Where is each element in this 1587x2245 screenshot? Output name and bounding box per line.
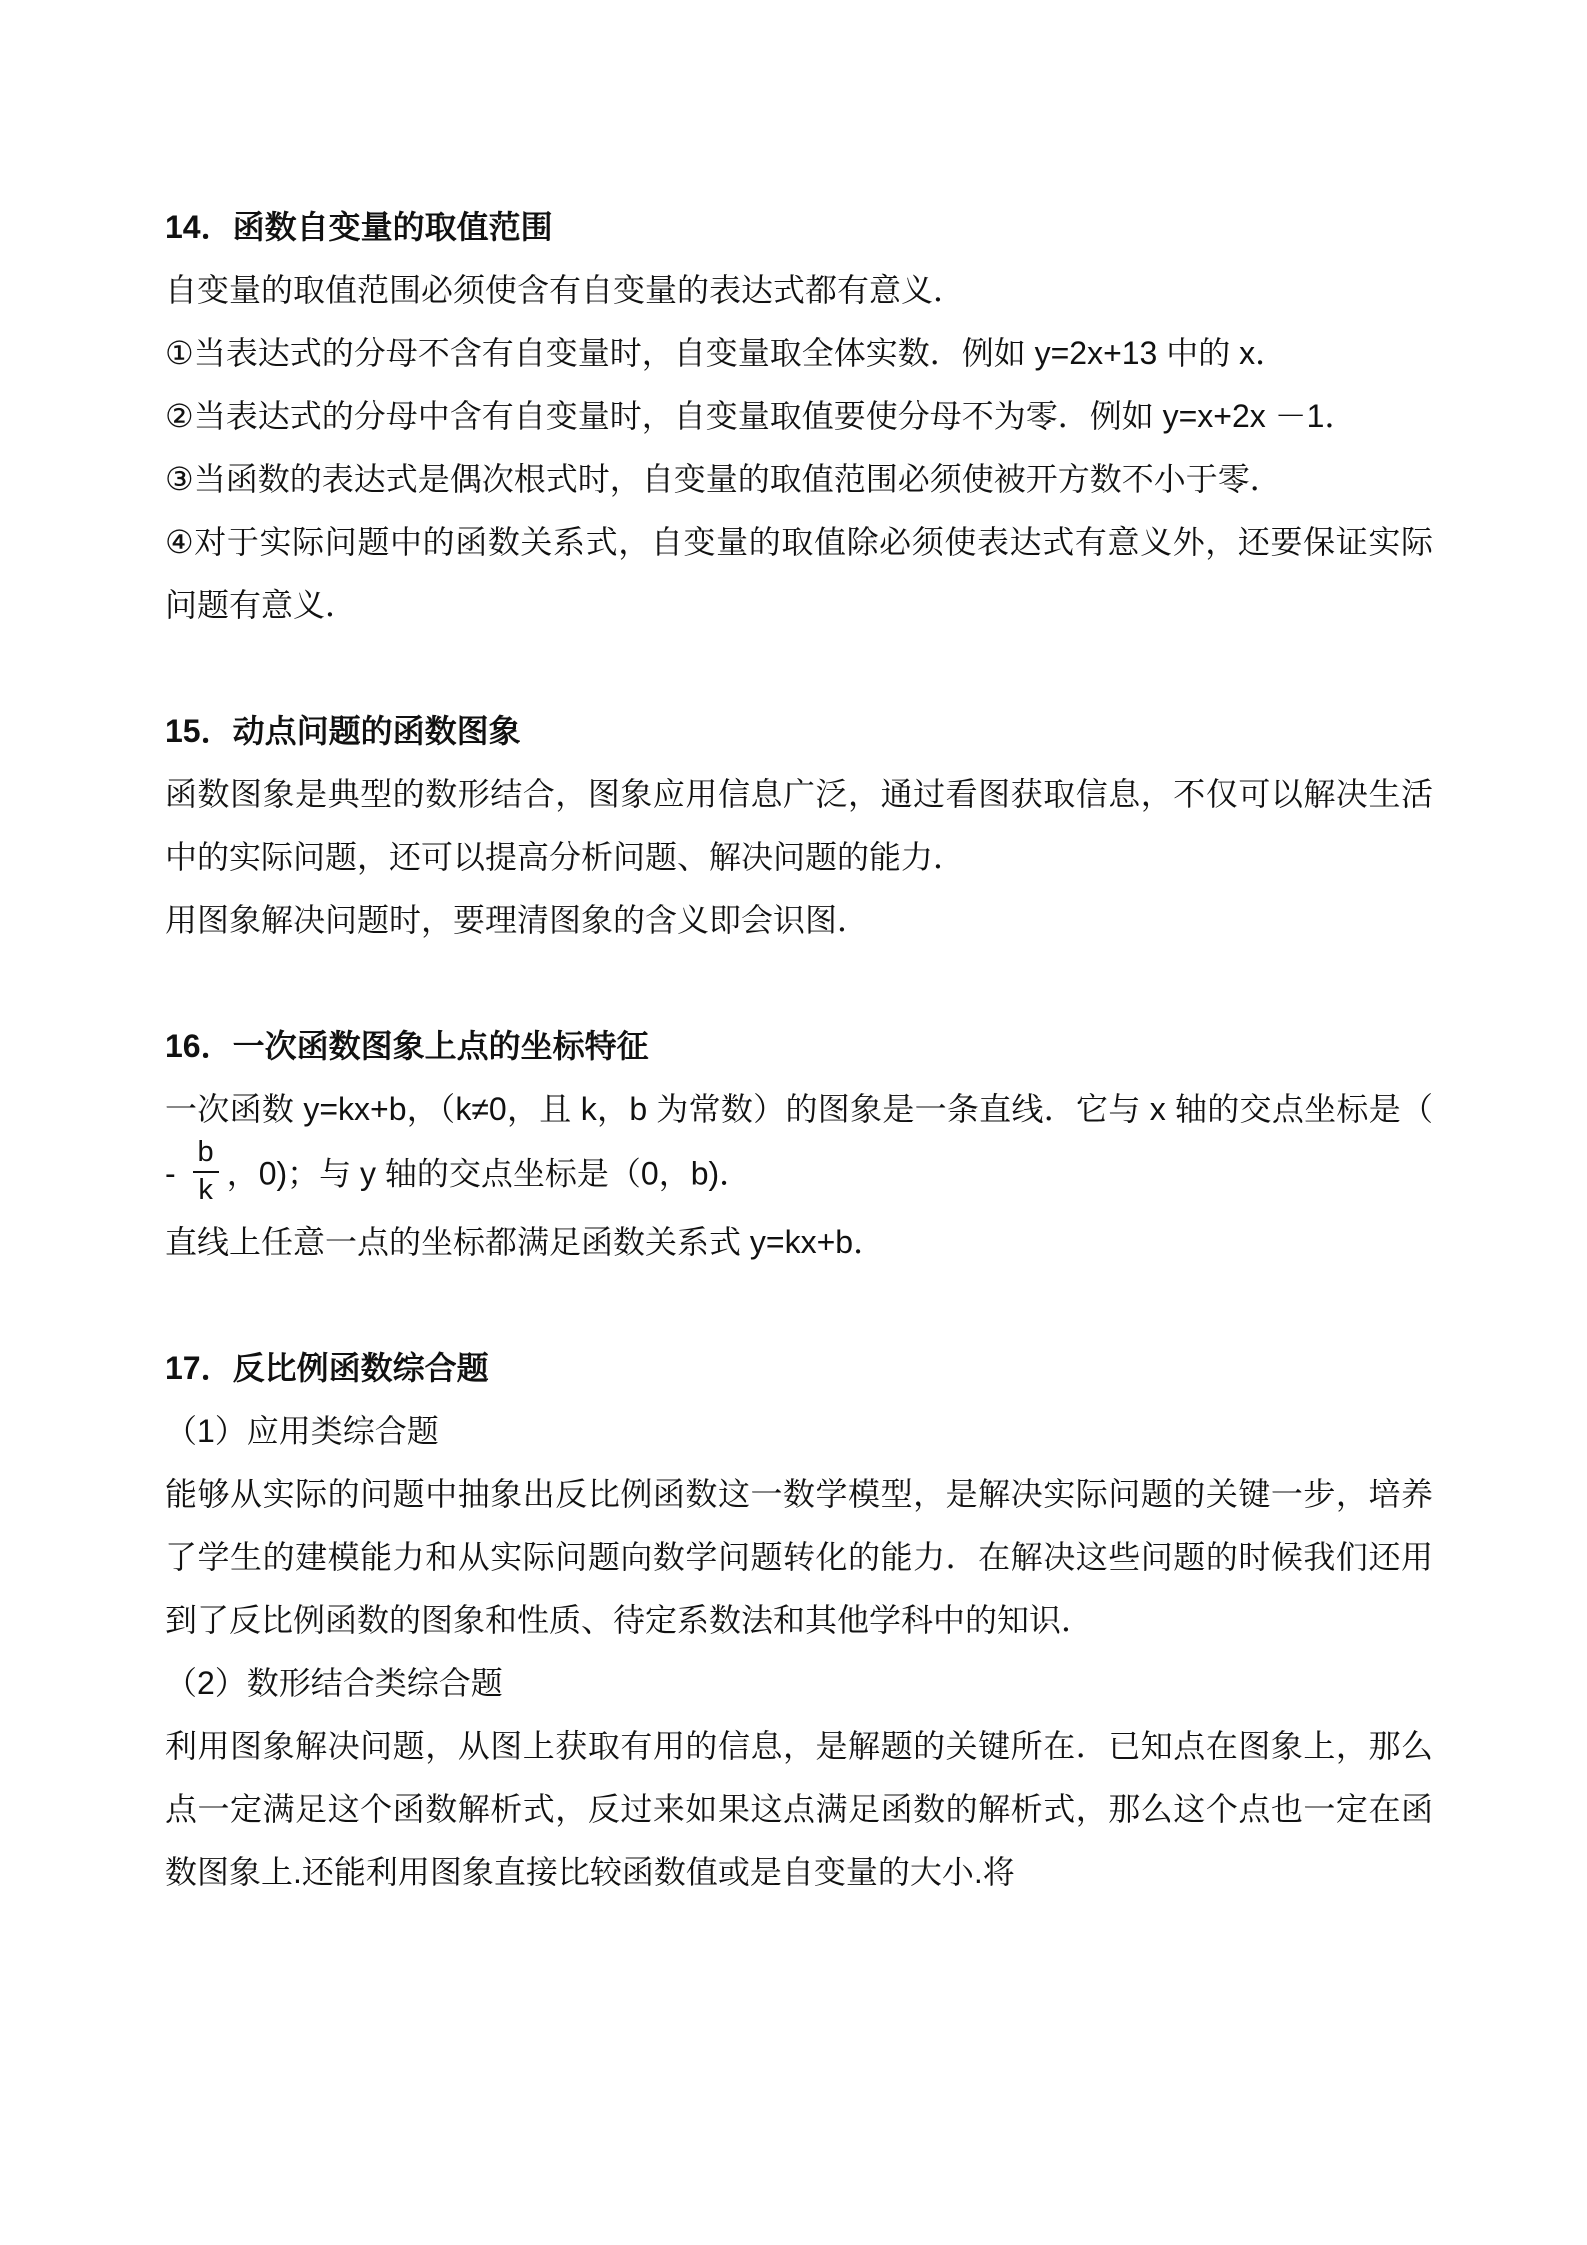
formula-post-text: ，0)；与 y 轴的交点坐标是（0，b)． — [227, 1155, 752, 1191]
section-14-function-domain: 14．函数自变量的取值范围 自变量的取值范围必须使含有自变量的表达式都有意义． … — [165, 196, 1433, 637]
paragraph: 自变量的取值范围必须使含有自变量的表达式都有意义． — [165, 259, 1433, 322]
page-content: 14．函数自变量的取值范围 自变量的取值范围必须使含有自变量的表达式都有意义． … — [165, 196, 1433, 1904]
subheading-number-shape-type: （2）数形结合类综合题 — [165, 1652, 1433, 1715]
paragraph: ①当表达式的分母不含有自变量时，自变量取全体实数．例如 y=2x+13 中的 x… — [165, 322, 1433, 385]
paragraph: 直线上任意一点的坐标都满足函数关系式 y=kx+b． — [165, 1211, 1433, 1274]
paragraph: ③当函数的表达式是偶次根式时，自变量的取值范围必须使被开方数不小于零． — [165, 448, 1433, 511]
section-15-moving-point-graphs: 15．动点问题的函数图象 函数图象是典型的数形结合，图象应用信息广泛，通过看图获… — [165, 700, 1433, 952]
section-15-heading: 15．动点问题的函数图象 — [165, 700, 1433, 763]
fraction-denominator: k — [198, 1173, 213, 1207]
paragraph: 能够从实际的问题中抽象出反比例函数这一数学模型，是解决实际问题的关键一步，培养了… — [165, 1463, 1433, 1652]
paragraph: 利用图象解决问题，从图上获取有用的信息，是解题的关键所在．已知点在图象上，那么点… — [165, 1715, 1433, 1904]
document-page: 14．函数自变量的取值范围 自变量的取值范围必须使含有自变量的表达式都有意义． … — [0, 0, 1587, 2245]
section-17-heading: 17．反比例函数综合题 — [165, 1337, 1433, 1400]
subheading-applied-type: （1）应用类综合题 — [165, 1400, 1433, 1463]
section-17-inverse-proportion: 17．反比例函数综合题 （1）应用类综合题 能够从实际的问题中抽象出反比例函数这… — [165, 1337, 1433, 1904]
section-16-heading: 16．一次函数图象上点的坐标特征 — [165, 1015, 1433, 1078]
fraction-b-over-k: bk — [193, 1137, 219, 1207]
paragraph: ②当表达式的分母中含有自变量时，自变量取值要使分母不为零．例如 y=x+2x －… — [165, 385, 1433, 448]
paragraph: 函数图象是典型的数形结合，图象应用信息广泛，通过看图获取信息，不仅可以解决生活中… — [165, 763, 1433, 889]
section-14-heading: 14．函数自变量的取值范围 — [165, 196, 1433, 259]
fraction-numerator: b — [193, 1137, 219, 1173]
paragraph: 用图象解决问题时，要理清图象的含义即会识图． — [165, 889, 1433, 952]
paragraph: ④对于实际问题中的函数关系式，自变量的取值除必须使表达式有意义外，还要保证实际问… — [165, 511, 1433, 637]
section-16-linear-function-points: 16．一次函数图象上点的坐标特征 一次函数 y=kx+b，（k≠0，且 k，b … — [165, 1015, 1433, 1274]
formula-paragraph: 一次函数 y=kx+b，（k≠0，且 k，b 为常数）的图象是一条直线．它与 x… — [165, 1078, 1433, 1211]
